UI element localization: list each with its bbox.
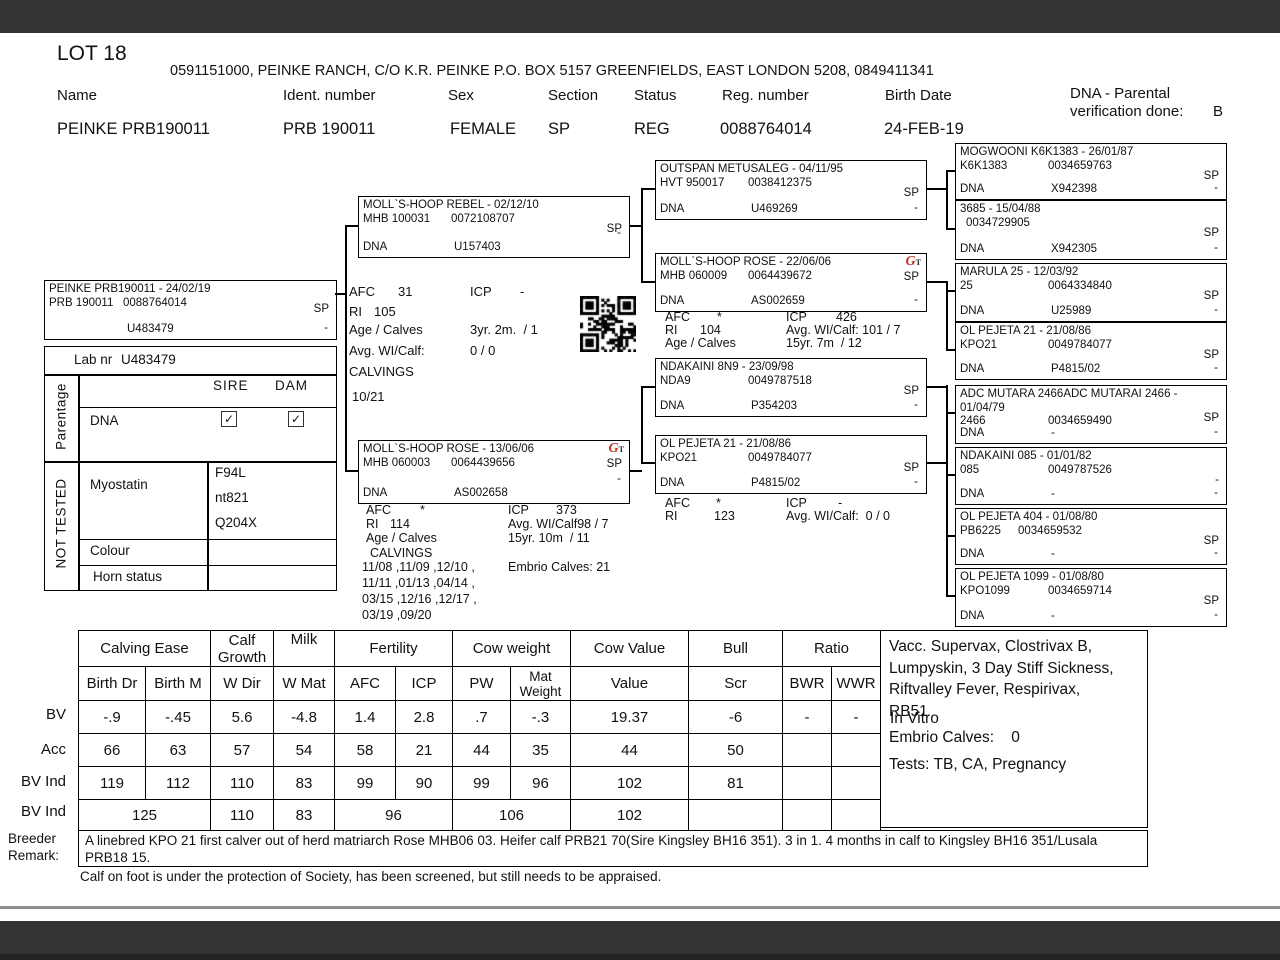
lab-row-colour: Colour bbox=[90, 543, 130, 558]
stats-group: Cow weight bbox=[453, 631, 571, 667]
stats-cell bbox=[783, 767, 832, 800]
stats-cell: -.45 bbox=[146, 701, 211, 734]
pedigree-box-sp: SP bbox=[904, 385, 919, 399]
pedigree-box-dds: OL PEJETA 404 - 01/08/80 PB6225003465953… bbox=[955, 508, 1227, 565]
field-value-name: PEINKE PRB190011 bbox=[57, 120, 210, 139]
stats-col: Scr bbox=[689, 667, 783, 701]
lab-table: Lab nr U483479 SIRE DAM DNA ✓ ✓ Myostati… bbox=[44, 346, 337, 591]
field-value-ident: PRB 190011 bbox=[283, 120, 375, 139]
stats-cell: 66 bbox=[79, 734, 146, 767]
pedigree-box-title: MOGWOONI K6K1383 - 26/01/87 bbox=[960, 146, 1200, 160]
stats-cell: 119 bbox=[79, 767, 146, 800]
pedigree-box-id: MHB 060003 bbox=[363, 457, 451, 471]
dam-afc-value: * bbox=[420, 503, 425, 517]
pedigree-box-title: OL PEJETA 21 - 21/08/86 bbox=[660, 438, 900, 452]
subject-sp: SP bbox=[314, 303, 329, 317]
stats-col: ICP bbox=[396, 667, 453, 701]
qr-code bbox=[580, 296, 636, 352]
field-value-reg: 0088764014 bbox=[720, 120, 812, 139]
stats-group: Fertility bbox=[335, 631, 453, 667]
subject-dash: - bbox=[324, 322, 328, 336]
dam-calvings-label: CALVINGS bbox=[370, 546, 432, 560]
pedigree-box-sire: MOLL`S-HOOP REBEL - 02/12/10 MHB 1000310… bbox=[358, 196, 630, 258]
breeder-remark-box: A linebred KPO 21 first calver out of he… bbox=[78, 830, 1148, 867]
pedigree-box-id: NDA9 bbox=[660, 375, 748, 389]
sd-afc-label: AFC bbox=[665, 310, 690, 324]
sire-ri-value: 105 bbox=[374, 304, 396, 319]
dam-ri-label: RI bbox=[366, 517, 379, 531]
stats-group: Milk bbox=[274, 631, 335, 667]
subject-dna: U483479 bbox=[127, 323, 174, 337]
pedigree-box-id: 085 bbox=[960, 464, 1048, 478]
stats-cell: -.3 bbox=[511, 701, 571, 734]
pedigree-box-id: KPO21 bbox=[660, 452, 748, 466]
dna-label: DNA bbox=[363, 487, 454, 501]
stats-cell: 44 bbox=[571, 734, 689, 767]
dna-value: P354203 bbox=[751, 400, 797, 412]
pedigree-box-sp: SP bbox=[1204, 227, 1219, 241]
embrio-calves-line: Embrio Calves: 0 bbox=[889, 727, 1147, 749]
pedigree-box-title: NDAKAINI 8N9 - 23/09/98 bbox=[660, 361, 900, 375]
lab-nr-value: U483479 bbox=[121, 352, 176, 367]
dna-value: - bbox=[1051, 427, 1055, 439]
subject-title: PEINKE PRB190011 - 24/02/19 bbox=[49, 283, 310, 297]
field-label-section: Section bbox=[548, 87, 598, 104]
pedigree-box-sp: SP bbox=[1204, 290, 1219, 304]
pedigree-box-dash: - bbox=[1214, 487, 1218, 501]
vacc-line-2: Lumpyskin, 3 Day Stiff Sickness, bbox=[889, 658, 1147, 680]
sire-ri-label: RI bbox=[349, 304, 362, 319]
stats-col: Mat Weight bbox=[511, 667, 571, 701]
stats-cell: 125 bbox=[79, 800, 211, 831]
stats-cell: 19.37 bbox=[571, 701, 689, 734]
myostatin-value-2: nt821 bbox=[215, 490, 249, 505]
pedigree-box-dss: ADC MUTARA 2466ADC MUTARAI 2466 - 01/04/… bbox=[955, 385, 1227, 444]
stats-cell: 21 bbox=[396, 734, 453, 767]
sire-icp-value: - bbox=[520, 284, 524, 299]
stats-cell: 44 bbox=[453, 734, 511, 767]
pedigree-box-title: OL PEJETA 404 - 01/08/80 bbox=[960, 511, 1200, 525]
dd-ri-value: 123 bbox=[714, 509, 735, 523]
dd-avg-value: Avg. WI/Calf: 0 / 0 bbox=[786, 509, 890, 523]
sire-avg-label: Avg. WI/Calf: bbox=[349, 343, 425, 358]
stats-group: Ratio bbox=[783, 631, 881, 667]
dd-icp-value: - bbox=[838, 496, 842, 510]
sd-afc-value: * bbox=[717, 310, 722, 324]
stats-cell: 106 bbox=[453, 800, 571, 831]
pedigree-box-id: 25 bbox=[960, 280, 1048, 294]
stats-cell: 110 bbox=[211, 800, 274, 831]
society-note: Calf on foot is under the protection of … bbox=[80, 869, 661, 884]
pedigree-box-sp: SP bbox=[1204, 349, 1219, 363]
dna-value: U157403 bbox=[454, 241, 501, 253]
pedigree-box-title: OL PEJETA 1099 - 01/08/80 bbox=[960, 571, 1200, 585]
stats-cell: 81 bbox=[689, 767, 783, 800]
sire-afc-label: AFC bbox=[349, 284, 375, 299]
dd-afc-value: * bbox=[716, 496, 721, 510]
dna-label: DNA bbox=[960, 243, 1051, 257]
sire-avg-value: 0 / 0 bbox=[470, 343, 495, 358]
dna-value: U469269 bbox=[751, 203, 798, 215]
stats-cell: 83 bbox=[274, 767, 335, 800]
stats-row-label-acc: Acc bbox=[8, 741, 66, 758]
pedigree-box-title: 3685 - 15/04/88 bbox=[960, 203, 1200, 217]
pedigree-box-id: 0034729905 bbox=[966, 217, 1054, 231]
lab-section-parentage: Parentage bbox=[54, 357, 69, 477]
pedigree-box-title: MARULA 25 - 12/03/92 bbox=[960, 266, 1200, 280]
dna-value: P4815/02 bbox=[1051, 363, 1100, 375]
pedigree-box-reg: 0064334840 bbox=[1048, 280, 1112, 292]
pedigree-box-reg: 0064439672 bbox=[748, 270, 812, 282]
dd-ri-label: RI bbox=[665, 509, 678, 523]
subject-reg: 0088764014 bbox=[123, 297, 187, 309]
pedigree-box-reg: 0049787518 bbox=[748, 375, 812, 387]
pedigree-box-id: MHB 100031 bbox=[363, 213, 451, 227]
sire-age-value: 3yr. 2m. / 1 bbox=[470, 322, 538, 337]
dna-value: X942305 bbox=[1051, 243, 1097, 255]
dam-calvings-1: 11/08 ,11/09 ,12/10 , bbox=[362, 560, 475, 574]
pedigree-box-dash: - bbox=[617, 473, 621, 487]
stats-col: BWR bbox=[783, 667, 832, 701]
stats-cell: 102 bbox=[571, 767, 689, 800]
dna-value: - bbox=[1051, 488, 1055, 500]
dam-embrio-calves: Embrio Calves: 21 bbox=[508, 560, 610, 574]
field-label-ident: Ident. number bbox=[283, 87, 376, 104]
sire-icp-label: ICP bbox=[470, 284, 492, 299]
pedigree-box-subject: PEINKE PRB190011 - 24/02/19 PRB 19001100… bbox=[44, 280, 337, 340]
stats-cell: 99 bbox=[335, 767, 396, 800]
vacc-line-3: Riftvalley Fever, Respirivax, bbox=[889, 679, 1147, 701]
pedigree-box-reg: 0049784077 bbox=[748, 452, 812, 464]
pedigree-box-reg: 0072108707 bbox=[451, 213, 515, 225]
stats-row-label-bvind2: BV Ind bbox=[8, 803, 66, 820]
breeding-values-table: Calving Ease Calf Growth Milk Fertility … bbox=[78, 630, 881, 831]
field-label-dna-parental-1: DNA - Parental bbox=[1070, 85, 1170, 102]
sire-calvings-value: 10/21 bbox=[352, 389, 385, 404]
stats-cell: 58 bbox=[335, 734, 396, 767]
stats-cell: 5.6 bbox=[211, 701, 274, 734]
sire-afc-value: 31 bbox=[398, 284, 412, 299]
stats-cell: 1.4 bbox=[335, 701, 396, 734]
dam-calvings-4: 03/19 ,09/20 bbox=[362, 608, 432, 622]
stats-col: W Dir bbox=[211, 667, 274, 701]
stats-cell: 63 bbox=[146, 734, 211, 767]
stats-col: W Mat bbox=[274, 667, 335, 701]
field-label-status: Status bbox=[634, 87, 677, 104]
stats-cell: -4.8 bbox=[274, 701, 335, 734]
pedigree-box-sp: SP bbox=[607, 458, 622, 472]
stats-cell bbox=[783, 800, 832, 831]
top-frame-bar bbox=[0, 0, 1280, 33]
pedigree-box-title: OL PEJETA 21 - 21/08/86 bbox=[960, 325, 1200, 339]
pedigree-box-sp: SP bbox=[904, 271, 919, 285]
pedigree-box-dash: - bbox=[1214, 242, 1218, 256]
stats-cell: 96 bbox=[335, 800, 453, 831]
stats-col: Value bbox=[571, 667, 689, 701]
field-value-sex: FEMALE bbox=[450, 120, 516, 139]
dd-icp-label: ICP bbox=[786, 496, 807, 510]
lab-section-not-tested: NOT TESTED bbox=[54, 464, 69, 584]
pedigree-box-id: K6K1383 bbox=[960, 160, 1048, 174]
stats-group: Bull bbox=[689, 631, 783, 667]
pedigree-box-sd: GT MOLL`S-HOOP ROSE - 22/06/06 MHB 06000… bbox=[655, 253, 927, 312]
dna-value: P4815/02 bbox=[751, 477, 800, 489]
stats-cell bbox=[689, 800, 783, 831]
dna-label: DNA bbox=[960, 610, 1051, 624]
sd-ri-label: RI bbox=[665, 323, 678, 337]
pedigree-box-dash: - bbox=[914, 202, 918, 216]
dam-age-label: Age / Calves bbox=[366, 531, 437, 545]
dam-icp-value: 373 bbox=[556, 503, 577, 517]
sire-dna-checkbox-icon: ✓ bbox=[221, 411, 237, 427]
tests-line: Tests: TB, CA, Pregnancy bbox=[889, 754, 1147, 776]
dam-ri-value: 114 bbox=[390, 517, 410, 531]
pedigree-box-title: MOLL`S-HOOP ROSE - 13/06/06 bbox=[363, 443, 603, 457]
pedigree-box-dd: OL PEJETA 21 - 21/08/86 KPO210049784077 … bbox=[655, 435, 927, 494]
pedigree-box-id: KPO21 bbox=[960, 339, 1048, 353]
separator-line bbox=[0, 906, 1280, 909]
pedigree-box-id: MHB 060009 bbox=[660, 270, 748, 284]
lab-row-horn: Horn status bbox=[93, 569, 162, 584]
pedigree-box-sp: SP bbox=[904, 187, 919, 201]
dna-label: DNA bbox=[660, 477, 751, 491]
pedigree-box-reg: 0049787526 bbox=[1048, 464, 1112, 476]
pedigree-box-sp: SP bbox=[904, 462, 919, 476]
stats-col: Birth M bbox=[146, 667, 211, 701]
gt-logo-icon: GT bbox=[906, 255, 921, 270]
dna-value: - bbox=[1051, 548, 1055, 560]
field-label-sex: Sex bbox=[448, 87, 474, 104]
pedigree-box-ss: OUTSPAN METUSALEG - 04/11/95 HVT 9500170… bbox=[655, 160, 927, 220]
pedigree-box-ddd: OL PEJETA 1099 - 01/08/80 KPO10990034659… bbox=[955, 568, 1227, 627]
lab-col-dam: DAM bbox=[275, 378, 308, 393]
pedigree-box-title: MOLL`S-HOOP ROSE - 22/06/06 bbox=[660, 256, 900, 270]
stats-cell: 112 bbox=[146, 767, 211, 800]
field-value-status: REG bbox=[634, 120, 670, 139]
dna-label: DNA bbox=[960, 488, 1051, 502]
field-label-dna-parental-2: verification done: bbox=[1070, 103, 1183, 120]
myostatin-value-3: Q204X bbox=[215, 515, 257, 530]
dam-icp-label: ICP bbox=[508, 503, 529, 517]
pedigree-box-sp: - bbox=[1215, 474, 1219, 488]
stats-row-label-bvind: BV Ind bbox=[8, 773, 66, 790]
pedigree-box-title: ADC MUTARA 2466ADC MUTARAI 2466 - 01/04/… bbox=[960, 388, 1200, 415]
in-vitro-label: In Vitro bbox=[890, 708, 939, 730]
bottom-edge-bar bbox=[0, 954, 1280, 960]
stats-col: Birth Dr bbox=[79, 667, 146, 701]
dam-afc-label: AFC bbox=[366, 503, 391, 517]
dna-label: DNA bbox=[960, 183, 1051, 197]
stats-cell bbox=[783, 734, 832, 767]
stats-cell: 35 bbox=[511, 734, 571, 767]
myostatin-value-1: F94L bbox=[215, 465, 246, 480]
stats-cell: -6 bbox=[689, 701, 783, 734]
pedigree-box-reg: 0034659763 bbox=[1048, 160, 1112, 172]
pedigree-box-sdd: OL PEJETA 21 - 21/08/86 KPO210049784077 … bbox=[955, 322, 1227, 380]
catalog-page: LOT 18 0591151000, PEINKE RANCH, C/O K.R… bbox=[0, 0, 1280, 960]
stats-cell: 50 bbox=[689, 734, 783, 767]
pedigree-box-dash: - bbox=[1214, 362, 1218, 376]
pedigree-box-id: PB6225 bbox=[960, 525, 1018, 539]
pedigree-box-ds: NDAKAINI 8N9 - 23/09/98 NDA90049787518 S… bbox=[655, 358, 927, 417]
pedigree-box-sp: SP bbox=[1204, 412, 1219, 426]
pedigree-box-id: KPO1099 bbox=[960, 585, 1048, 599]
pedigree-box-reg: 0049784077 bbox=[1048, 339, 1112, 351]
breeder-contact-line: 0591151000, PEINKE RANCH, C/O K.R. PEINK… bbox=[170, 63, 934, 79]
dna-value: U25989 bbox=[1051, 305, 1091, 317]
dna-label: DNA bbox=[660, 203, 751, 217]
pedigree-box-sds: MARULA 25 - 12/03/92 250064334840 SP DNA… bbox=[955, 263, 1227, 322]
dam-calvings-2: 11/11 ,01/13 ,04/14 , bbox=[362, 576, 475, 590]
dna-label: DNA bbox=[960, 548, 1051, 562]
stats-col: WWR bbox=[832, 667, 881, 701]
dna-label: DNA bbox=[363, 241, 454, 255]
lab-nr-label: Lab nr bbox=[74, 352, 112, 367]
pedigree-box-reg: 0038412375 bbox=[748, 177, 812, 189]
dam-dna-checkbox-icon: ✓ bbox=[288, 411, 304, 427]
pedigree-box-dash: - bbox=[914, 476, 918, 490]
stats-group: Cow Value bbox=[571, 631, 689, 667]
stats-row-label-bv: BV bbox=[8, 706, 66, 723]
subject-id: PRB 190011 bbox=[49, 297, 123, 311]
pedigree-box-reg: 0034659490 bbox=[1048, 415, 1112, 427]
dna-value: AS002659 bbox=[751, 295, 805, 307]
lab-row-dna: DNA bbox=[90, 413, 119, 428]
stats-cell: 99 bbox=[453, 767, 511, 800]
vaccination-box: Vacc. Supervax, Clostrivax B, Lumpyskin,… bbox=[880, 630, 1148, 828]
stats-cell: - bbox=[832, 701, 881, 734]
sd-age-label: Age / Calves bbox=[665, 336, 736, 350]
pedigree-box-dam: GT MOLL`S-HOOP ROSE - 13/06/06 MHB 06000… bbox=[358, 440, 630, 504]
pedigree-box-ssd: 3685 - 15/04/88 0034729905 SP DNAX942305… bbox=[955, 200, 1227, 260]
stats-cell bbox=[832, 767, 881, 800]
lot-number: LOT 18 bbox=[57, 42, 127, 66]
pedigree-box-dash: - bbox=[914, 294, 918, 308]
stats-cell: 102 bbox=[571, 800, 689, 831]
stats-group: Calf Growth bbox=[211, 631, 274, 667]
sd-age-value: 15yr. 7m / 12 bbox=[786, 336, 862, 350]
pedigree-box-reg: 0034659714 bbox=[1048, 585, 1112, 597]
stats-cell: - bbox=[783, 701, 832, 734]
stats-col: PW bbox=[453, 667, 511, 701]
dna-value: AS002658 bbox=[454, 487, 508, 499]
field-value-dna-parental: B bbox=[1213, 103, 1223, 120]
stats-cell: .7 bbox=[453, 701, 511, 734]
stats-cell: 2.8 bbox=[396, 701, 453, 734]
dd-afc-label: AFC bbox=[665, 496, 690, 510]
vacc-line-1: Vacc. Supervax, Clostrivax B, bbox=[889, 636, 1147, 658]
stats-cell: 110 bbox=[211, 767, 274, 800]
pedigree-box-title: NDAKAINI 085 - 01/01/82 bbox=[960, 450, 1200, 464]
stats-cell: 90 bbox=[396, 767, 453, 800]
sd-icp-value: 426 bbox=[836, 310, 857, 324]
field-label-birth: Birth Date bbox=[885, 87, 952, 104]
stats-cell bbox=[832, 734, 881, 767]
dam-avg-value: Avg. WI/Calf98 / 7 bbox=[508, 517, 609, 531]
pedigree-box-dash: - bbox=[914, 399, 918, 413]
dam-calvings-3: 03/15 ,12/16 ,12/17 , bbox=[362, 592, 477, 606]
pedigree-box-dsd: NDAKAINI 085 - 01/01/82 0850049787526 - … bbox=[955, 447, 1227, 505]
dna-value: - bbox=[1051, 610, 1055, 622]
stats-cell: 57 bbox=[211, 734, 274, 767]
sd-avg-value: Avg. WI/Calf: 101 / 7 bbox=[786, 323, 900, 337]
pedigree-box-sss: MOGWOONI K6K1383 - 26/01/87 K6K138300346… bbox=[955, 143, 1227, 200]
pedigree-box-sp: SP bbox=[1204, 595, 1219, 609]
sire-calvings-label: CALVINGS bbox=[349, 364, 414, 379]
breeder-remark-text: A linebred KPO 21 first calver out of he… bbox=[85, 833, 1097, 865]
dna-label: DNA bbox=[960, 427, 1051, 441]
field-label-name: Name bbox=[57, 87, 97, 104]
lab-row-myostatin: Myostatin bbox=[90, 477, 148, 492]
pedigree-box-dash: - bbox=[1214, 182, 1218, 196]
stats-cell: 83 bbox=[274, 800, 335, 831]
stats-group: Calving Ease bbox=[79, 631, 211, 667]
pedigree-box-dash: - bbox=[1214, 304, 1218, 318]
field-value-section: SP bbox=[548, 120, 570, 139]
pedigree-box-dash: - bbox=[617, 227, 621, 241]
pedigree-box-reg: 0064439656 bbox=[451, 457, 515, 469]
dna-label: DNA bbox=[960, 305, 1051, 319]
dna-value: X942398 bbox=[1051, 183, 1097, 195]
pedigree-box-title: OUTSPAN METUSALEG - 04/11/95 bbox=[660, 163, 900, 177]
pedigree-box-reg: 0034659532 bbox=[1018, 525, 1082, 537]
pedigree-box-title: MOLL`S-HOOP REBEL - 02/12/10 bbox=[363, 199, 603, 213]
sd-ri-value: 104 bbox=[700, 323, 721, 337]
pedigree-box-dash: - bbox=[1214, 547, 1218, 561]
dna-label: DNA bbox=[960, 363, 1051, 377]
gt-logo-icon: GT bbox=[609, 442, 624, 457]
field-value-birth: 24-FEB-19 bbox=[884, 120, 964, 139]
pedigree-box-dash: - bbox=[1214, 609, 1218, 623]
stats-cell: 96 bbox=[511, 767, 571, 800]
dna-label: DNA bbox=[660, 400, 751, 414]
sire-age-label: Age / Calves bbox=[349, 322, 423, 337]
stats-cell bbox=[832, 800, 881, 831]
breeder-remark-label: BreederRemark: bbox=[8, 831, 59, 864]
lab-col-sire: SIRE bbox=[213, 378, 249, 393]
dna-label: DNA bbox=[660, 295, 751, 309]
stats-cell: 54 bbox=[274, 734, 335, 767]
stats-col: AFC bbox=[335, 667, 396, 701]
sd-icp-label: ICP bbox=[786, 310, 807, 324]
field-label-reg: Reg. number bbox=[722, 87, 809, 104]
stats-cell: -.9 bbox=[79, 701, 146, 734]
pedigree-box-dash: - bbox=[1214, 426, 1218, 440]
dam-age-value: 15yr. 10m / 11 bbox=[508, 531, 590, 545]
pedigree-box-id: HVT 950017 bbox=[660, 177, 748, 191]
